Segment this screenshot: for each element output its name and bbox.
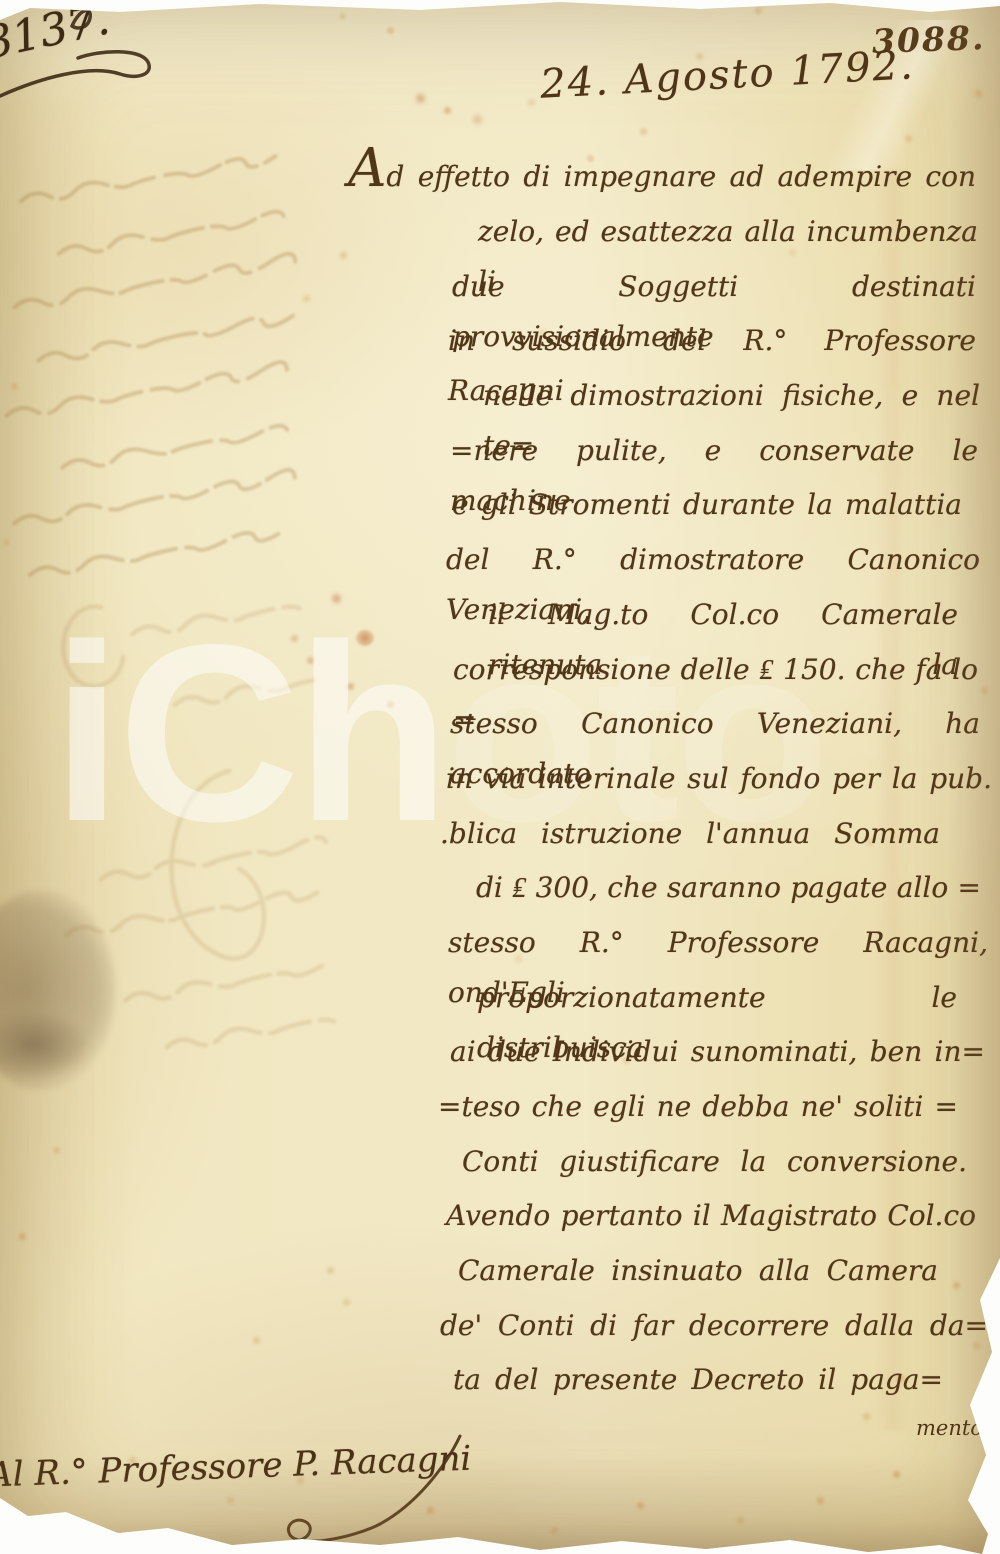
manuscript-line: Ad effetto di impegnare ad adempire con: [348, 152, 976, 202]
manuscript-line: .blica istruzione l'annua Somma: [440, 809, 940, 859]
manuscript-line: ta del presente Decreto il paga=: [453, 1355, 943, 1405]
archival-number-left: 3137.: [0, 0, 114, 70]
address-line: Al R.° Professore P. Racagni: [0, 1439, 472, 1496]
manuscript-line: e gli Stromenti durante la malattia: [452, 480, 962, 530]
manuscript-line: de' Conti di far decorrere dalla da=: [440, 1301, 988, 1351]
manuscript-line: Avendo pertanto il Magistrato Col.co: [446, 1191, 976, 1241]
watermark-strong-text: iCh: [52, 593, 446, 874]
manuscript-line: in via interinale sul fondo per la pub.: [446, 754, 992, 804]
catchword: mento: [916, 1416, 983, 1440]
date-line: 24. Agosto 1792.: [539, 42, 916, 108]
manuscript-line: Conti giustificare la conversione.: [462, 1137, 967, 1187]
manuscript-line: Camerale insinuato alla Camera: [458, 1246, 938, 1296]
manuscript-line: =teso che egli ne debba ne' soliti =: [438, 1082, 958, 1132]
foxing-spots: [0, 0, 5, 5]
manuscript-line: di ₤ 300, che saranno pagate allo =: [476, 863, 981, 913]
manuscript-photo: iChoto 3137. 3088. 24. Agosto 1792. Ad e…: [0, 0, 1000, 1554]
paper-sheet: iChoto 3137. 3088. 24. Agosto 1792. Ad e…: [0, 0, 1000, 1554]
rust-spot: [356, 630, 374, 646]
manuscript-line: ai due Individui sunominati, ben in=: [450, 1027, 985, 1077]
